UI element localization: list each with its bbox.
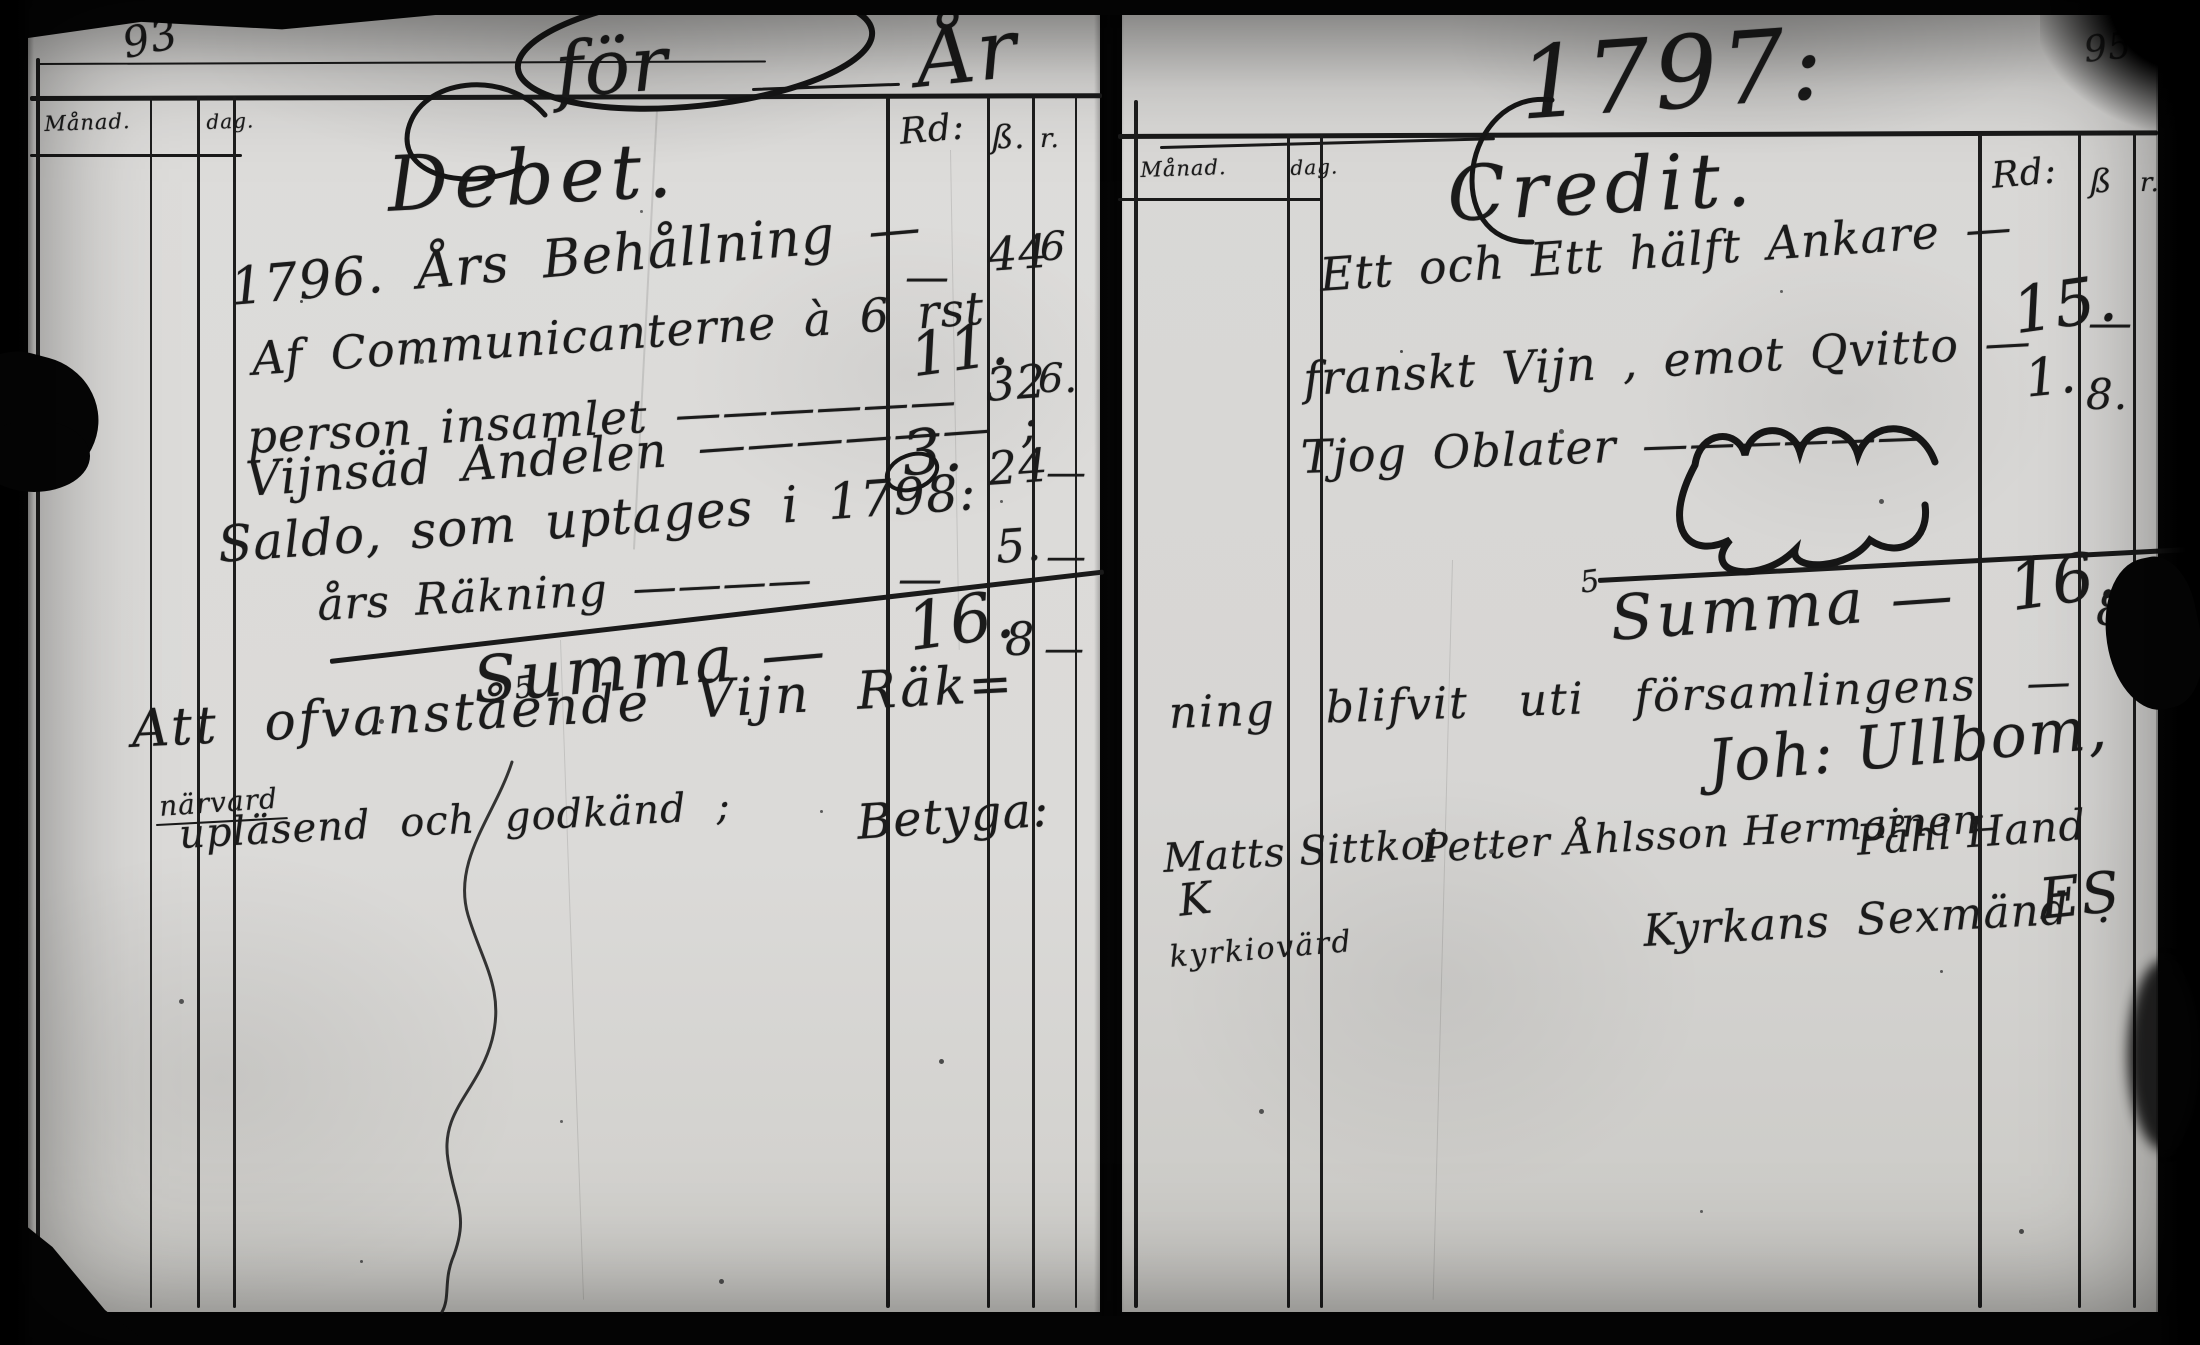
right-underlabel-rule [1118, 198, 1323, 201]
right-col-day-label: dag. [1290, 154, 1339, 180]
credit-row-3-sk: 8. [2086, 370, 2128, 419]
right-col-riksdaler-label: Rd: [1990, 150, 2059, 197]
left-edge-band [0, 0, 34, 1345]
right-col-month-label: Månad. [1140, 155, 1227, 182]
left-col-day-label: dag. [206, 108, 255, 134]
credit-row-3-rd: 1. [2022, 345, 2080, 410]
left-col-skilling-label: ß. [992, 118, 1026, 156]
debet-row-2-rst: 6. [1038, 356, 1078, 402]
left-edge-vrule [36, 58, 40, 1308]
header-word-ar: År [912, 2, 1022, 107]
debet-row-3-rst: — [1046, 450, 1087, 496]
page-gutter [1094, 0, 1124, 1345]
ledger-scan: 93 för År 1797: 95 Månad. dag. Rd: ß. r.… [0, 0, 2200, 1345]
left-col-riksdaler-label: Rd: [898, 106, 967, 153]
debet-summa-rd: 16. [902, 575, 1020, 666]
header-year: 1797: [1515, 5, 1831, 143]
left-col-month-label: Månad. [44, 109, 131, 136]
bottom-edge-band [0, 1316, 2200, 1345]
debet-row-4-rst: — [1046, 534, 1087, 580]
signature-stray-letter: K [1176, 872, 1215, 926]
dust-specks [1400, 350, 1403, 353]
header-word-for: för [552, 18, 671, 115]
debet-row-1-rst: 6 [1040, 224, 1066, 270]
debet-summa-rst: — [1044, 626, 1085, 672]
right-edge-vrule [1134, 100, 1138, 1308]
left-title-debet: Debet. [385, 125, 680, 229]
right-col-skilling-label: ß [2090, 162, 2112, 200]
dust-specks [300, 300, 303, 303]
right-edge-blob-2 [2128, 960, 2200, 1150]
left-margin-vrule [1075, 96, 1077, 1308]
right-runstycken-vrule [2133, 134, 2136, 1308]
left-col-runstycken-label: r. [1040, 124, 1060, 154]
credit-row-2-sk: — [2088, 298, 2133, 349]
debet-row-3-sk: 24 [986, 438, 1050, 496]
left-underlabel-rule [30, 154, 242, 157]
signature-monogram: ES [2036, 860, 2124, 933]
debet-row-4-sk: 5. [994, 517, 1044, 574]
